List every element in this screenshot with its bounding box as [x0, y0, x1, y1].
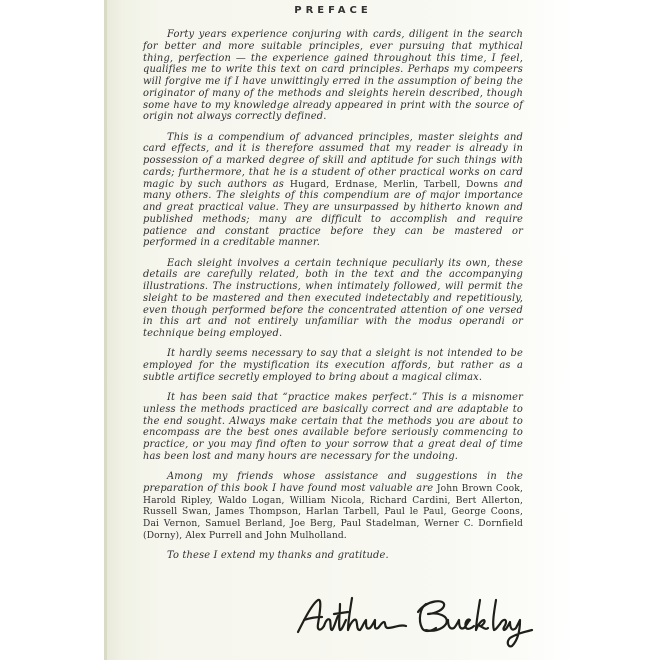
paragraph-technique: Each sleight involves a certain techniqu… — [143, 258, 523, 340]
paragraph-thanks: To these I extend my thanks and gratitud… — [143, 550, 523, 562]
author-signature: Arthur Buckley — [290, 590, 540, 650]
page-gutter-edge — [104, 0, 107, 660]
paragraph-compendium: This is a compendium of advanced princip… — [143, 132, 523, 250]
page-heading: PREFACE — [104, 5, 562, 16]
paragraph-mystification: It hardly seems necessary to say that a … — [143, 348, 523, 383]
paragraph-acknowledgements: Among my friends whose assistance and su… — [143, 471, 523, 542]
preface-body: Forty years experience conjuring with ca… — [143, 29, 523, 570]
paragraph-practice: It has been said that “practice makes pe… — [143, 392, 523, 463]
signature-icon: Arthur Buckley — [290, 590, 540, 650]
paragraph-experience: Forty years experience conjuring with ca… — [143, 29, 523, 123]
author-names: Hugard, Erdnase, Merlin, Tarbell, Downs — [290, 179, 498, 190]
